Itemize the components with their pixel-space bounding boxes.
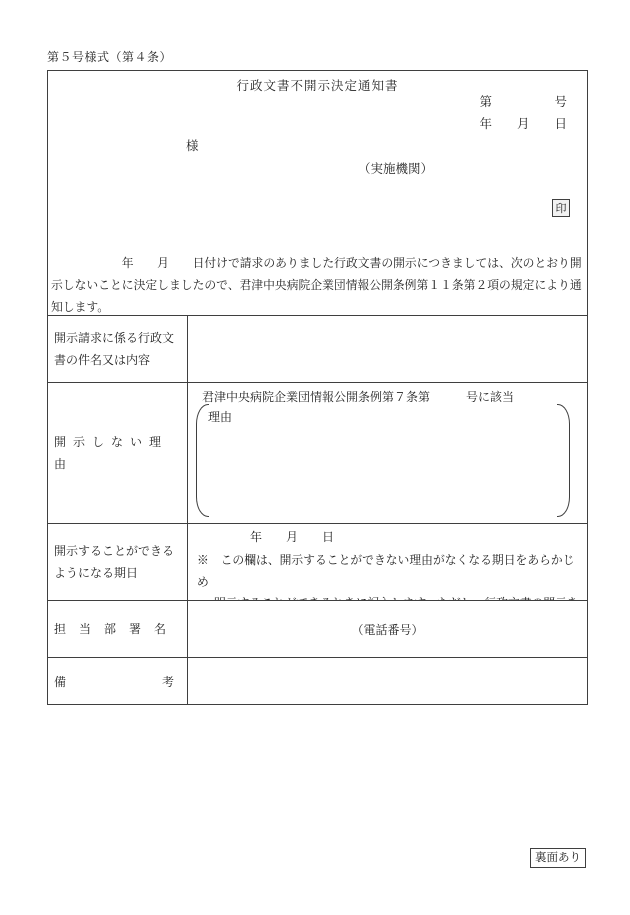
notification-body: 年 月 日付けで請求のありました行政文書の開示につきましては、次のとおり開 示し… bbox=[51, 252, 585, 318]
department-field: （電話番号） bbox=[188, 601, 587, 657]
table-row-document-name: 開示請求に係る行政文書の件名又は内容 bbox=[48, 315, 587, 382]
form-table: 開示請求に係る行政文書の件名又は内容 開示しない理由 君津中央病院企業団情報公開… bbox=[48, 315, 587, 705]
seal-stamp-icon: 印 bbox=[552, 199, 570, 217]
disclosure-deadline-field: 年 月 日 ※ この欄は、開示することができない理由がなくなる期日をあらかじめ … bbox=[188, 524, 587, 600]
deadline-note-line-1: ※ この欄は、開示することができない理由がなくなる期日をあらかじめ bbox=[197, 550, 583, 593]
body-line-2: 示しないことに決定しましたので、君津中央病院企業団情報公開条例第１１条第２項の規… bbox=[51, 274, 585, 296]
notice-form-frame: 行政文書不開示決定通知書 第 号 年 月 日 様 （実施機関） 印 年 月 日付… bbox=[47, 70, 588, 705]
back-side-note: 裏面あり bbox=[530, 848, 586, 868]
document-number-line: 第 号 bbox=[479, 92, 567, 110]
deadline-note: ※ この欄は、開示することができない理由がなくなる期日をあらかじめ 明示すること… bbox=[197, 550, 583, 600]
remarks-field bbox=[188, 658, 587, 705]
table-row-department: 担当部署名 （電話番号） bbox=[48, 600, 587, 657]
document-name-field bbox=[188, 316, 587, 382]
form-number-label: 第５号様式（第４条） bbox=[47, 48, 172, 65]
issuing-agency-label: （実施機関） bbox=[358, 159, 433, 177]
table-row-remarks: 備考 bbox=[48, 657, 587, 705]
deadline-date-line: 年 月 日 bbox=[250, 528, 334, 545]
deadline-note-line-2: 明示することができるときに記入します。ただし、行政文書の開示を希 bbox=[214, 593, 583, 600]
body-line-1: 年 月 日付けで請求のありました行政文書の開示につきましては、次のとおり開 bbox=[51, 252, 585, 274]
issue-date-line: 年 月 日 bbox=[479, 114, 567, 132]
addressee-honorific: 様 bbox=[186, 136, 199, 154]
row-label-disclosure-deadline: 開示することができるようになる期日 bbox=[48, 524, 188, 600]
row-label-document-name: 開示請求に係る行政文書の件名又は内容 bbox=[48, 316, 188, 382]
reason-field: 君津中央病院企業団情報公開条例第７条第 号に該当 理由 bbox=[188, 383, 587, 523]
reason-bracket-right-icon bbox=[557, 404, 570, 517]
document-page: 第５号様式（第４条） 行政文書不開示決定通知書 第 号 年 月 日 様 （実施機… bbox=[0, 0, 630, 915]
reason-label: 理由 bbox=[208, 408, 232, 425]
row-label-remarks: 備考 bbox=[48, 658, 188, 705]
table-row-disclosure-deadline: 開示することができるようになる期日 年 月 日 ※ この欄は、開示することができ… bbox=[48, 523, 587, 600]
phone-number-label: （電話番号） bbox=[188, 601, 587, 657]
row-label-department: 担当部署名 bbox=[48, 601, 188, 657]
statute-reference-line: 君津中央病院企業団情報公開条例第７条第 号に該当 bbox=[202, 388, 514, 405]
row-label-reason: 開示しない理由 bbox=[48, 383, 188, 523]
table-row-reason: 開示しない理由 君津中央病院企業団情報公開条例第７条第 号に該当 理由 bbox=[48, 382, 587, 523]
